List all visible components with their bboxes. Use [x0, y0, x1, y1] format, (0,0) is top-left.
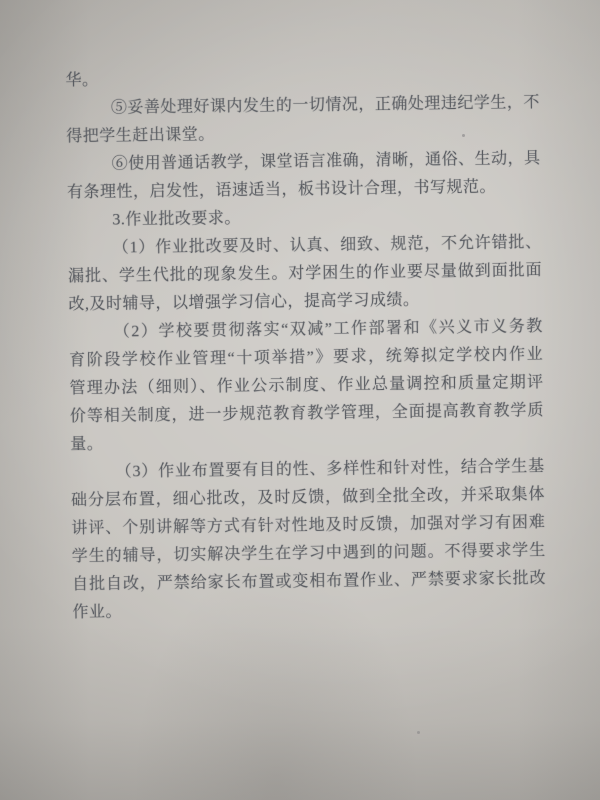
- paper-speck: [462, 134, 465, 137]
- document-photo: 华。 ⑤妥善处理好课内发生的一切情况，正确处理违纪学生，不 得把学生赶出课堂。 …: [0, 0, 600, 800]
- document-text-block: 华。 ⑤妥善处理好课内发生的一切情况，正确处理违纪学生，不 得把学生赶出课堂。 …: [65, 61, 546, 627]
- paper-speck: [417, 731, 420, 734]
